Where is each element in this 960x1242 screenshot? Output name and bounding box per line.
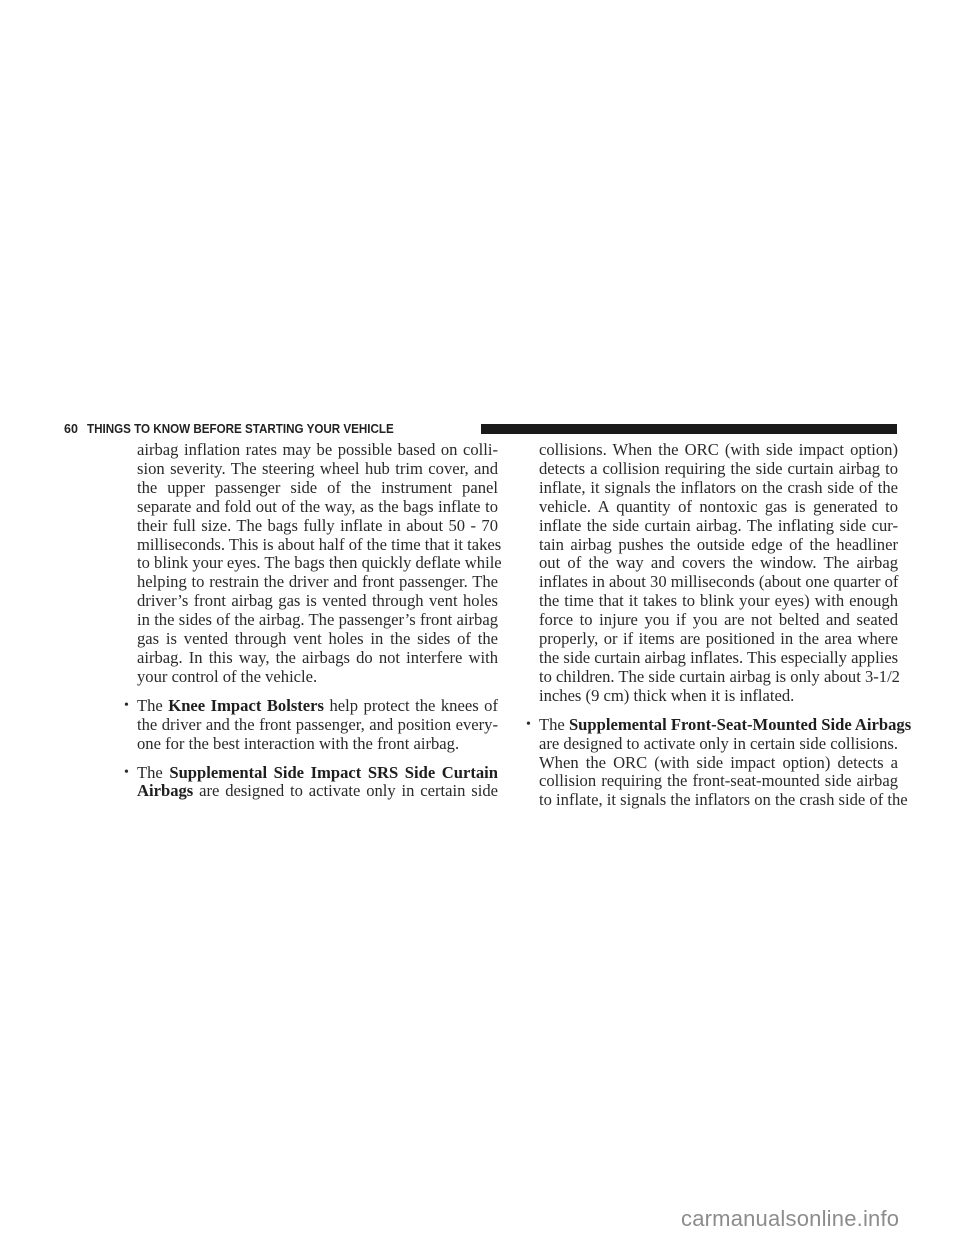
text-line: detects a collision requiring the side c… bbox=[539, 460, 898, 479]
right-column: collisions. When the ORC (with side impa… bbox=[539, 441, 898, 810]
section-title: THINGS TO KNOW BEFORE STARTING YOUR VEHI… bbox=[87, 422, 394, 436]
lead-text: The bbox=[539, 715, 569, 734]
left-column: airbag inflation rates may be possible b… bbox=[137, 441, 498, 801]
lead-text: The bbox=[137, 763, 169, 782]
text-line: helping to restrain the driver and front… bbox=[137, 573, 498, 592]
text-line: vehicle. A quantity of nontoxic gas is g… bbox=[539, 498, 898, 517]
bullet-icon: • bbox=[526, 716, 531, 735]
text-line: force to injure you if you are not belte… bbox=[539, 611, 898, 630]
bold-term: Knee Impact Bolsters bbox=[168, 696, 324, 715]
text-line: your control of the vehicle. bbox=[137, 668, 498, 687]
text-line: When the ORC (with side impact option) d… bbox=[539, 754, 898, 773]
text-line: separate and fold out of the way, as the… bbox=[137, 498, 498, 517]
lead-text: The bbox=[137, 696, 168, 715]
text-line: milliseconds. This is about half of the … bbox=[137, 536, 498, 555]
text-line: the side curtain airbag inflates. This e… bbox=[539, 649, 898, 668]
text-line: to children. The side curtain airbag is … bbox=[539, 668, 898, 687]
bullet-icon: • bbox=[124, 697, 129, 716]
page-number: 60 bbox=[64, 422, 78, 436]
text-line: to inflate, it signals the inflators on … bbox=[539, 791, 898, 810]
text-line: inches (9 cm) thick when it is inflated. bbox=[539, 687, 898, 706]
text-line: the driver and the front passenger, and … bbox=[137, 716, 498, 735]
text-line: collisions. When the ORC (with side impa… bbox=[539, 441, 898, 460]
text-fragment: are designed to activate only in certain… bbox=[193, 781, 498, 800]
bullet-side-curtain-airbags: • The Supplemental Side Impact SRS Side … bbox=[137, 764, 498, 802]
bullet-icon: • bbox=[124, 764, 129, 783]
text-line: to blink your eyes. The bags then quickl… bbox=[137, 554, 498, 573]
text-line: their full size. The bags fully inflate … bbox=[137, 517, 498, 536]
bold-term: Airbags bbox=[137, 781, 193, 800]
text-line: the upper passenger side of the instrume… bbox=[137, 479, 498, 498]
text-line: inflate, it signals the inflators on the… bbox=[539, 479, 898, 498]
text-line: collision requiring the front-seat-mount… bbox=[539, 772, 898, 791]
text-line: in the sides of the airbag. The passenge… bbox=[137, 611, 498, 630]
text-line: sion severity. The steering wheel hub tr… bbox=[137, 460, 498, 479]
text-line: The Knee Impact Bolsters help protect th… bbox=[137, 697, 498, 716]
running-header: 60 THINGS TO KNOW BEFORE STARTING YOUR V… bbox=[64, 421, 898, 437]
intro-paragraph: airbag inflation rates may be possible b… bbox=[137, 441, 498, 687]
text-line: The Supplemental Front-Seat-Mounted Side… bbox=[539, 716, 898, 735]
bullet-front-seat-side-airbags: • The Supplemental Front-Seat-Mounted Si… bbox=[539, 716, 898, 811]
text-line: gas is vented through vent holes in the … bbox=[137, 630, 498, 649]
header-rule-bar bbox=[481, 424, 897, 434]
bold-term: Supplemental Front-Seat-Mounted Side Air… bbox=[569, 715, 911, 734]
text-line: out of the way and covers the window. Th… bbox=[539, 554, 898, 573]
manual-page: 60 THINGS TO KNOW BEFORE STARTING YOUR V… bbox=[0, 0, 960, 1242]
text-fragment: help protect the knees of bbox=[324, 696, 498, 715]
text-line: one for the best interaction with the fr… bbox=[137, 735, 498, 754]
text-line: The Supplemental Side Impact SRS Side Cu… bbox=[137, 764, 498, 783]
bullet-knee-impact-bolsters: • The Knee Impact Bolsters help protect … bbox=[137, 697, 498, 754]
text-line: tain airbag pushes the outside edge of t… bbox=[539, 536, 898, 555]
text-line: the time that it takes to blink your eye… bbox=[539, 592, 898, 611]
text-line: inflates in about 30 milliseconds (about… bbox=[539, 573, 898, 592]
text-line: driver’s front airbag gas is vented thro… bbox=[137, 592, 498, 611]
text-line: airbag inflation rates may be possible b… bbox=[137, 441, 498, 460]
watermark-text: carmanualsonline.info bbox=[681, 1206, 899, 1232]
bold-term: Supplemental Side Impact SRS Side Curtai… bbox=[169, 763, 498, 782]
text-line: Airbags are designed to activate only in… bbox=[137, 782, 498, 801]
text-line: inflate the side curtain airbag. The inf… bbox=[539, 517, 898, 536]
text-line: properly, or if items are positioned in … bbox=[539, 630, 898, 649]
text-line: airbag. In this way, the airbags do not … bbox=[137, 649, 498, 668]
text-line: are designed to activate only in certain… bbox=[539, 735, 898, 754]
continuation-paragraph: collisions. When the ORC (with side impa… bbox=[539, 441, 898, 706]
